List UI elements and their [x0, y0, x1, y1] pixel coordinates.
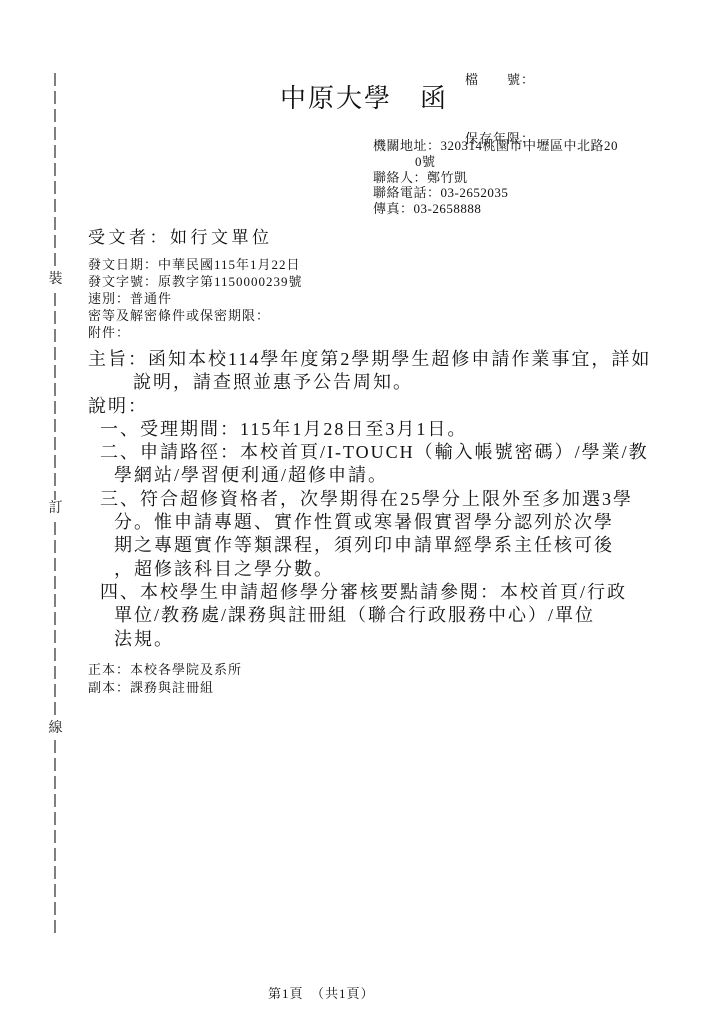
- metadata-line: 附件：: [88, 324, 303, 341]
- metadata-line: 發文字號：原教字第1150000239號: [88, 273, 303, 290]
- body-text-line: 說明，請查照並惠予公告周知。: [133, 371, 728, 394]
- sender-info-line: 聯絡人：鄭竹凱: [373, 170, 618, 186]
- document-page: 裝訂線 檔 號： 保存年限： 中原大學 函 機關地址：320314桃園市中壢區中…: [0, 0, 728, 1030]
- binding-dashed-line: [54, 740, 56, 937]
- metadata-line: 發文日期：中華民國115年1月22日: [88, 256, 303, 273]
- sender-info-line: 聯絡電話：03-2652035: [373, 185, 618, 201]
- body-text-line: 期之專題實作等類課程，須列印申請單經學系主任核可後: [114, 534, 728, 557]
- binding-label: 線: [47, 720, 64, 738]
- sender-info-line: 機關地址：320314桃園市中壢區中北路20: [373, 138, 618, 154]
- document-title: 中原大學 函: [0, 78, 728, 115]
- copies-block: 正本：本校各學院及系所副本：課務與註冊組: [88, 661, 242, 697]
- binding-label: 裝: [47, 271, 64, 289]
- page-footer: 第1頁 （共1頁）: [268, 983, 375, 1002]
- copy-recipient-line: 正本：本校各學院及系所: [88, 661, 242, 679]
- body-text-line: 分。惟申請專題、實作性質或寒暑假實習學分認列於次學: [114, 511, 728, 534]
- body-text-line: 單位/教務處/課務與註冊組（聯合行政服務中心）/單位: [114, 604, 728, 627]
- body-text-line: 二、申請路徑：本校首頁/I-TOUCH（輸入帳號密碼）/學業/教: [100, 441, 728, 464]
- body-text-line: 四、本校學生申請超修學分審核要點請參閱：本校首頁/行政: [100, 581, 728, 604]
- body-text-line: ，超修該科目之學分數。: [114, 558, 728, 581]
- body-text-line: 學網站/學習便利通/超修申請。: [114, 464, 728, 487]
- body-text-line: 主旨：函知本校114學年度第2學期學生超修申請作業事宜，詳如: [88, 348, 728, 371]
- copy-recipient-line: 副本：課務與註冊組: [88, 679, 242, 697]
- body-text-line: 法規。: [114, 628, 728, 651]
- metadata-block: 發文日期：中華民國115年1月22日發文字號：原教字第1150000239號速別…: [88, 256, 303, 341]
- metadata-line: 密等及解密條件或保密期限：: [88, 307, 303, 324]
- sender-info-line: 傳真：03-2658888: [373, 201, 618, 217]
- body-text-line: 說明：: [88, 395, 728, 418]
- body-text-line: 三、符合超修資格者，次學期得在25學分上限外至多加選3學: [100, 488, 728, 511]
- metadata-line: 速別：普通件: [88, 290, 303, 307]
- recipient-line: 受文者：如行文單位: [88, 223, 273, 248]
- sender-info-block: 機關地址：320314桃園市中壢區中北路200號聯絡人：鄭竹凱聯絡電話：03-2…: [373, 138, 618, 217]
- body-text-line: 一、受理期間：115年1月28日至3月1日。: [100, 418, 728, 441]
- document-body: 主旨：函知本校114學年度第2學期學生超修申請作業事宜，詳如說明，請查照並惠予公…: [0, 348, 728, 651]
- sender-info-line: 0號: [415, 154, 618, 170]
